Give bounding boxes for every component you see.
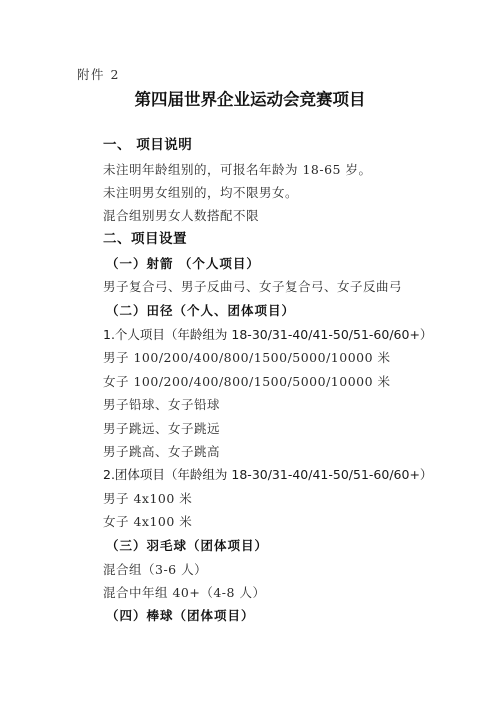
- subsection-heading-archery: （一）射箭 （个人项目）: [106, 256, 260, 272]
- note-age-range: 未注明年龄组别的，可报名年龄为 18-65 岁。: [103, 162, 371, 178]
- athletics-individual-heading: 1.个人项目（年龄组为 18-30/31-40/41-50/51-60/60+）: [103, 327, 432, 343]
- section-heading-project-setup: 二、项目设置: [103, 231, 187, 247]
- note-gender: 未注明男女组别的，均不限男女。: [103, 185, 298, 201]
- archery-events: 男子复合弓、男子反曲弓、女子复合弓、女子反曲弓: [103, 279, 402, 295]
- document-page: 附件 2 第四届世界企业运动会竞赛项目 一、 项目说明 未注明年龄组别的，可报名…: [0, 0, 500, 707]
- athletics-women-running: 女子 100/200/400/800/1500/5000/10000 米: [103, 374, 391, 390]
- note-mixed-groups: 混合组别男女人数搭配不限: [103, 208, 259, 224]
- section-heading-project-notes: 一、 项目说明: [103, 137, 192, 153]
- athletics-men-running: 男子 100/200/400/800/1500/5000/10000 米: [103, 350, 391, 366]
- athletics-team-heading: 2.团体项目（年龄组为 18-30/31-40/41-50/51-60/60+）: [103, 467, 432, 483]
- subsection-heading-badminton: （三）羽毛球（团体项目）: [106, 538, 268, 554]
- subsection-heading-athletics: （二）田径（个人、团体项目）: [106, 303, 295, 319]
- athletics-women-relay: 女子 4x100 米: [103, 514, 192, 530]
- badminton-mixed-middle-age-group: 混合中年组 40+（4-8 人）: [103, 585, 265, 601]
- athletics-men-relay: 男子 4x100 米: [103, 491, 192, 507]
- athletics-shot-put: 男子铅球、女子铅球: [103, 397, 220, 413]
- athletics-high-jump: 男子跳高、女子跳高: [103, 444, 220, 460]
- subsection-heading-baseball: （四）棒球（团体项目）: [106, 608, 255, 624]
- attachment-label: 附件 2: [77, 67, 120, 83]
- athletics-long-jump: 男子跳远、女子跳远: [103, 421, 220, 437]
- badminton-mixed-group: 混合组（3-6 人）: [103, 562, 207, 578]
- document-title: 第四届世界企业运动会竞赛项目: [0, 89, 500, 111]
